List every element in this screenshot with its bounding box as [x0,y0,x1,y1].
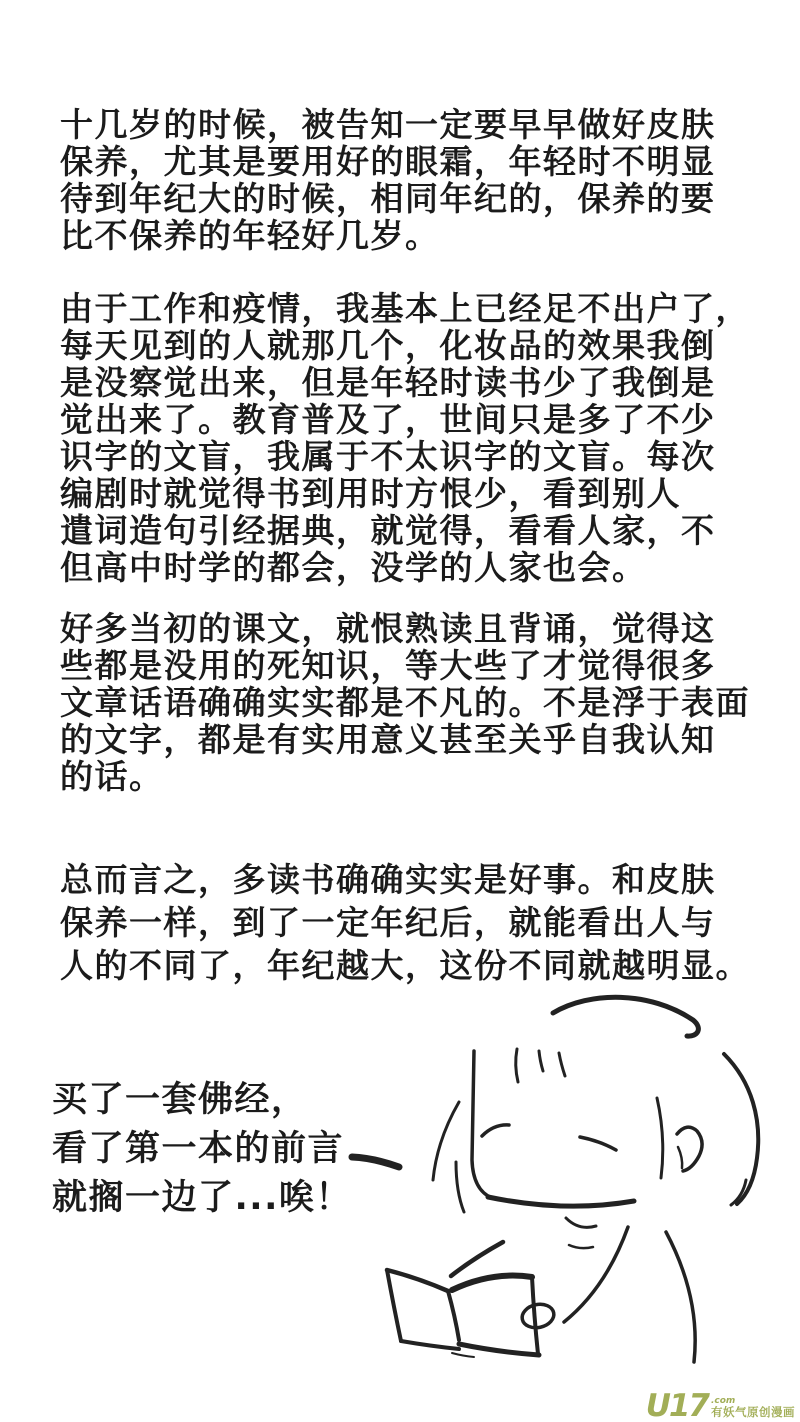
text-line: 遣词造句引经据典，就觉得，看看人家，不 [60,512,770,549]
hand-circle [520,1301,556,1330]
text-line: 比不保养的年轻好几岁。 [60,217,770,254]
hair-right-hook [731,1180,746,1205]
text-line: 觉出来了。教育普及了，世间只是多了不少 [60,401,770,438]
book-left-page-top [387,1270,448,1291]
left-eye-closed [482,1125,509,1136]
face-jaw-line [488,1197,634,1206]
ear-inner [678,1147,682,1168]
text-line: 由于工作和疫情，我基本上已经足不出户了， [60,290,770,327]
u17-tagline-text: 有妖气原创漫画 [711,1406,795,1419]
hair-top-swoosh [553,997,698,1036]
paragraph-3: 好多当初的课文，就恨熟读且背诵，觉得这 些都是没用的死知识，等大些了才觉得很多 … [60,610,770,795]
u17-logo-column: .com 有妖气原创漫画 [711,1397,795,1419]
text-line: 但高中时学的都会，没学的人家也会。 [60,549,770,586]
comic-page: 十几岁的时候，被告知一定要早早做好皮肤 保养，尤其是要用好的眼霜，年轻时不明显 … [0,0,800,1422]
text-line: 识字的文盲，我属于不太识字的文盲。每次 [60,438,770,475]
hair-strand-left [433,1102,459,1180]
book-left-edge [387,1270,401,1341]
ear-outline [677,1127,702,1171]
bangs-stroke [559,1053,565,1076]
paragraph-2: 由于工作和疫情，我基本上已经足不出户了， 每天见到的人就那几个，化妆品的效果我倒… [60,290,770,586]
text-line: 待到年纪大的时候，相同年纪的，保养的要 [60,180,770,217]
book-bottom-left [401,1341,459,1349]
text-line: 是没察觉出来，但是年轻时读书少了我倒是 [60,364,770,401]
text-line: 编剧时就觉得书到用时方恨少，看到别人 [60,475,770,512]
right-shoulder-curve [666,1232,695,1362]
caption-line: 看了第一本的前言 [52,1125,352,1174]
text-line: 好多当初的课文，就恨熟读且背诵，觉得这 [60,610,770,647]
neck-chest-curve [564,1227,628,1322]
arm-stroke [451,1242,503,1276]
chin-mark [566,1218,596,1227]
book-right-page-top [452,1276,532,1290]
text-line: 保养一样，到了一定年纪后，就能看出人与 [60,901,770,944]
caption-pointer-dash [352,1157,399,1167]
caption-line: 买了一套佛经， [52,1076,352,1125]
u17-brand-text: U17 [646,1394,708,1419]
book-spine [448,1291,459,1340]
book-underline [452,1353,474,1357]
bangs-stroke [516,1049,518,1082]
text-line: 每天见到的人就那几个，化妆品的效果我倒 [60,327,770,364]
bangs-stroke [539,1051,543,1071]
face-left-outline [472,1051,492,1198]
speech-caption: 买了一套佛经， 看了第一本的前言 就搁一边了...唉！ [52,1076,352,1223]
text-line: 保养，尤其是要用好的眼霜，年轻时不明显 [60,143,770,180]
caption-line: 就搁一边了...唉！ [52,1174,352,1223]
text-line: 文章话语确确实实都是不凡的。不是浮于表面 [60,684,770,721]
book-right-edge [532,1277,538,1354]
hair-strand-left-tail [456,1162,464,1212]
text-line: 总而言之，多读书确确实实是好事。和皮肤 [60,858,770,901]
text-line: 的话。 [60,758,770,795]
text-line: 十几岁的时候，被告知一定要早早做好皮肤 [60,106,770,143]
hair-right-side [724,1054,758,1204]
text-line: 些都是没用的死知识，等大些了才觉得很多 [60,647,770,684]
hair-before-ear [657,1098,663,1178]
neck-mark [569,1245,593,1248]
paragraph-4: 总而言之，多读书确确实实是好事。和皮肤 保养一样，到了一定年纪后，就能看出人与 … [60,858,770,987]
paragraph-1: 十几岁的时候，被告知一定要早早做好皮肤 保养，尤其是要用好的眼霜，年轻时不明显 … [60,106,770,254]
right-eye-closed [580,1137,616,1150]
u17-logo: U17 .com 有妖气原创漫画 [646,1394,795,1419]
text-line: 人的不同了，年纪越大，这份不同就越明显。 [60,944,770,987]
text-line: 的文字，都是有实用意义甚至关乎自我认知 [60,721,770,758]
book-bottom-right [459,1344,539,1355]
